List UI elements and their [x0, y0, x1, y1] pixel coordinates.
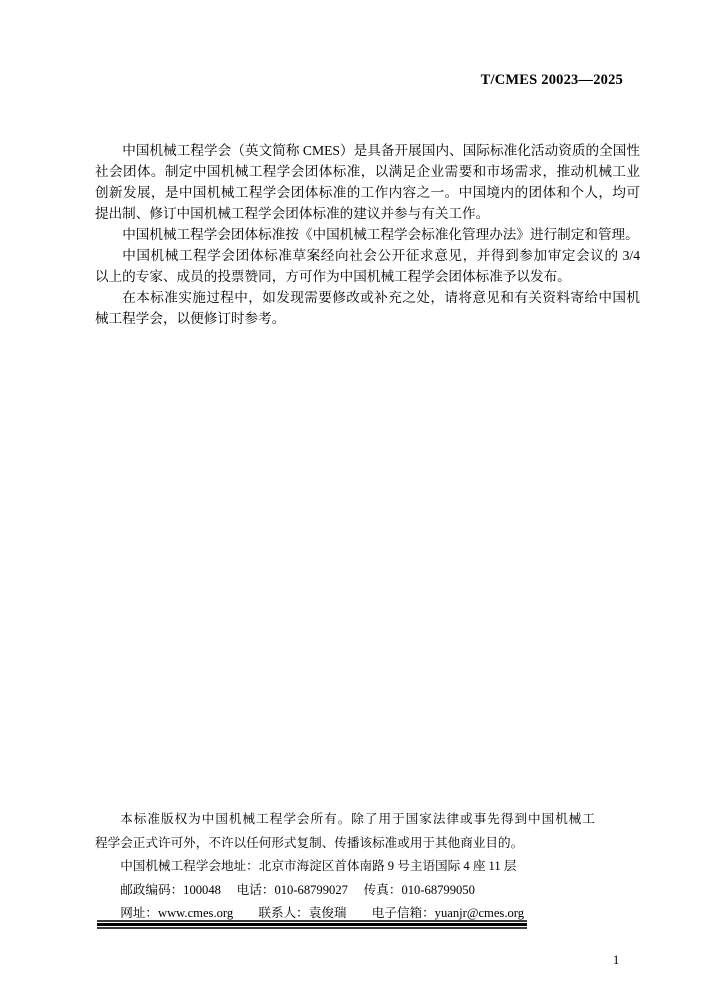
copyright-and-contact-block: 本标准版权为中国机械工程学会所有。除了用于国家法律或事先得到中国机械工 程学会正… — [95, 808, 595, 926]
body-line: 以上的专家、成员的投票赞同，方可作为中国机械工程学会团体标准予以发布。 — [95, 266, 640, 287]
body-line: 社会团体。制定中国机械工程学会团体标准，以满足企业需要和市场需求，推动机械工业 — [95, 161, 640, 182]
body-line: 械工程学会，以便修订时参考。 — [95, 308, 640, 329]
copyright-line: 本标准版权为中国机械工程学会所有。除了用于国家法律或事先得到中国机械工 — [95, 808, 595, 832]
rule-stripe — [97, 923, 527, 926]
body-line: 创新发展，是中国机械工程学会团体标准的工作内容之一。中国境内的团体和个人，均可 — [95, 182, 640, 203]
rule-stripe — [97, 927, 527, 929]
body-line: 中国机械工程学会（英文简称 CMES）是具备开展国内、国际标准化活动资质的全国性 — [95, 140, 640, 161]
copyright-line: 程学会正式许可外，不许以任何形式复制、传播该标准或用于其他商业目的。 — [95, 832, 595, 856]
rule-stripe — [97, 920, 527, 922]
page-number: 1 — [613, 953, 619, 968]
body-line: 中国机械工程学会团体标准草案经向社会公开征求意见，并得到参加审定会议的 3/4 — [95, 245, 640, 266]
body-line: 在本标准实施过程中，如发现需要修改或补充之处，请将意见和有关资料寄给中国机 — [95, 287, 640, 308]
body-line: 中国机械工程学会团体标准按《中国机械工程学会标准化管理办法》进行制定和管理。 — [95, 224, 640, 245]
bottom-rule — [97, 920, 527, 929]
postal-phone-line: 邮政编码：100048 电话：010-68799027 传真：010-68799… — [95, 879, 595, 903]
document-page: T/CMES 20023—2025 中国机械工程学会（英文简称 CMES）是具备… — [0, 0, 714, 1008]
standard-code-header: T/CMES 20023—2025 — [481, 72, 623, 89]
body-line: 提出制、修订中国机械工程学会团体标准的建议并参与有关工作。 — [95, 203, 640, 224]
address-line: 中国机械工程学会地址：北京市海淀区首体南路 9 号主语国际 4 座 11 层 — [95, 855, 595, 879]
body-text: 中国机械工程学会（英文简称 CMES）是具备开展国内、国际标准化活动资质的全国性… — [95, 140, 640, 329]
